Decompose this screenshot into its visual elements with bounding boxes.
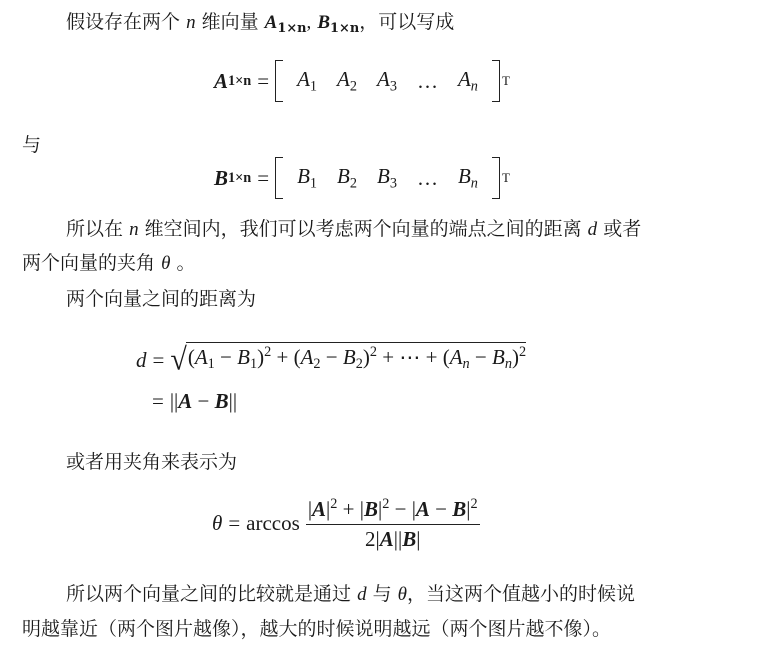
var-n: n xyxy=(186,12,196,33)
text: 或者 xyxy=(603,218,641,240)
var-d: d xyxy=(588,219,598,240)
element-sub: 2 xyxy=(350,78,357,94)
paragraph-space-line2: 两个向量的夹角 θ 。 xyxy=(22,251,195,276)
term: B xyxy=(343,345,356,369)
text: ，可以写成 xyxy=(359,11,454,33)
minus: − xyxy=(326,345,338,369)
left-bracket xyxy=(275,157,283,199)
vec-b: B xyxy=(364,497,378,521)
lhs-d: d xyxy=(136,348,147,373)
minus: − xyxy=(220,345,232,369)
term: B xyxy=(237,345,250,369)
lhs: A xyxy=(214,69,228,94)
power: 2 xyxy=(264,344,271,360)
element: B xyxy=(337,164,350,188)
element: B xyxy=(377,164,390,188)
lhs-sub: 1×n xyxy=(228,170,251,187)
sub: 2 xyxy=(356,356,363,372)
vec-a: A xyxy=(265,12,278,33)
paragraph-conclusion: 所以两个向量之间的比较就是通过 d 与 θ，当这两个值越小的时候说 xyxy=(66,582,635,607)
element: A xyxy=(458,67,471,91)
sub: 1 xyxy=(250,356,257,372)
vec-b: B xyxy=(317,12,330,33)
text: 。 xyxy=(176,252,195,274)
vec-a: A xyxy=(416,497,430,521)
minus: − xyxy=(198,389,210,413)
right-bracket xyxy=(492,157,500,199)
equals: = xyxy=(257,166,269,191)
text: 维向量 xyxy=(202,11,259,33)
ellipsis: … xyxy=(417,69,438,93)
lhs-sub: 1×n xyxy=(228,73,251,90)
sqrt-icon: √ xyxy=(170,346,186,373)
element-sub: n xyxy=(471,78,478,94)
paragraph-distance-intro: 两个向量之间的距离为 xyxy=(66,287,256,311)
term: A xyxy=(195,345,208,369)
equation-vector-b: B1×n = B1 B2 B3 … Bn T xyxy=(214,157,510,199)
equation-angle: θ = arccos |A|2 + |B|2 − |A − B|2 2|A||B… xyxy=(212,496,480,552)
transpose: T xyxy=(502,73,510,89)
var-theta: θ xyxy=(398,584,407,605)
element-sub: 1 xyxy=(310,78,317,94)
element: A xyxy=(297,67,310,91)
text: 与 xyxy=(373,583,392,605)
paragraph-space: 所以在 n 维空间内，我们可以考虑两个向量的端点之间的距离 d 或者 xyxy=(66,217,641,242)
element: A xyxy=(377,67,390,91)
power: 2 xyxy=(519,344,526,360)
var-n: n xyxy=(129,219,139,240)
term: A xyxy=(301,345,314,369)
power: 2 xyxy=(370,344,377,360)
text: 所以两个向量之间的比较就是通过 xyxy=(66,583,351,605)
transpose: T xyxy=(502,170,510,186)
text: 两个向量的夹角 xyxy=(22,252,155,274)
vec-a: A xyxy=(312,497,326,521)
power: 2 xyxy=(382,496,389,512)
equals: = xyxy=(152,389,164,413)
sub: n xyxy=(463,356,470,372)
term: B xyxy=(492,345,505,369)
equation-distance: d = √ (A1 − B1)2 + (A2 − B2)2 + ⋯ + (An … xyxy=(136,342,526,373)
element-sub: 1 xyxy=(310,175,317,191)
norm-open: || xyxy=(170,389,178,413)
minus: − xyxy=(395,497,407,521)
paragraph-conclusion-line2: 明越靠近（两个图片越像），越大的时候说明越远（两个图片越不像）。 xyxy=(22,617,611,641)
vec-b: B xyxy=(402,527,416,551)
vec-b: B xyxy=(215,389,229,413)
vec-a: A xyxy=(380,527,394,551)
minus: − xyxy=(435,497,447,521)
fraction: |A|2 + |B|2 − |A − B|2 2|A||B| xyxy=(306,496,480,552)
minus: − xyxy=(475,345,487,369)
paragraph-angle-intro: 或者用夹角来表示为 xyxy=(66,450,237,474)
element: A xyxy=(337,67,350,91)
plus: + xyxy=(276,345,288,369)
text: 假设存在两个 xyxy=(66,11,180,33)
dim-sub: 1×n xyxy=(277,21,306,36)
paragraph-intro: 假设存在两个 n 维向量 A1×n, B1×n，可以写成 xyxy=(66,10,454,41)
text: 维空间内，我们可以考虑两个向量的端点之间的距离 xyxy=(145,218,582,240)
equation-vector-a: A1×n = A1 A2 A3 … An T xyxy=(214,60,510,102)
sub: 2 xyxy=(313,356,320,372)
equals: = xyxy=(153,348,165,373)
equation-distance-norm: =||A − B|| xyxy=(152,389,237,414)
ellipsis: … xyxy=(417,166,438,190)
vec-b: B xyxy=(452,497,466,521)
power: 2 xyxy=(330,496,337,512)
plus: + xyxy=(382,345,394,369)
text: 所以在 xyxy=(66,218,123,240)
equals: = xyxy=(228,511,240,536)
denominator: 2|A||B| xyxy=(365,525,420,552)
lhs: B xyxy=(214,166,228,191)
left-bracket xyxy=(275,60,283,102)
radicand: (A1 − B1)2 + (A2 − B2)2 + ⋯ + (An − Bn)2 xyxy=(186,342,526,373)
numerator: |A|2 + |B|2 − |A − B|2 xyxy=(306,496,480,525)
arccos: arccos xyxy=(246,511,300,536)
connector-text: 与 xyxy=(22,133,41,157)
element-sub: n xyxy=(471,175,478,191)
dim-sub: 1×n xyxy=(330,21,359,36)
sub: n xyxy=(505,356,512,372)
term: A xyxy=(450,345,463,369)
element-sub: 2 xyxy=(350,175,357,191)
norm-close: || xyxy=(229,389,237,413)
plus: + xyxy=(426,345,438,369)
element: B xyxy=(458,164,471,188)
right-bracket xyxy=(492,60,500,102)
element-sub: 3 xyxy=(390,78,397,94)
cdots: ⋯ xyxy=(399,345,420,369)
comma: , xyxy=(307,12,312,33)
plus: + xyxy=(343,497,355,521)
sub: 1 xyxy=(208,356,215,372)
text: ，当这两个值越小的时候说 xyxy=(407,583,635,605)
var-theta: θ xyxy=(161,253,170,274)
element: B xyxy=(297,164,310,188)
element-sub: 3 xyxy=(390,175,397,191)
coef: 2 xyxy=(365,527,376,551)
var-d: d xyxy=(357,584,367,605)
vec-a: A xyxy=(178,389,192,413)
equals: = xyxy=(257,69,269,94)
lhs-theta: θ xyxy=(212,511,222,536)
power: 2 xyxy=(471,496,478,512)
